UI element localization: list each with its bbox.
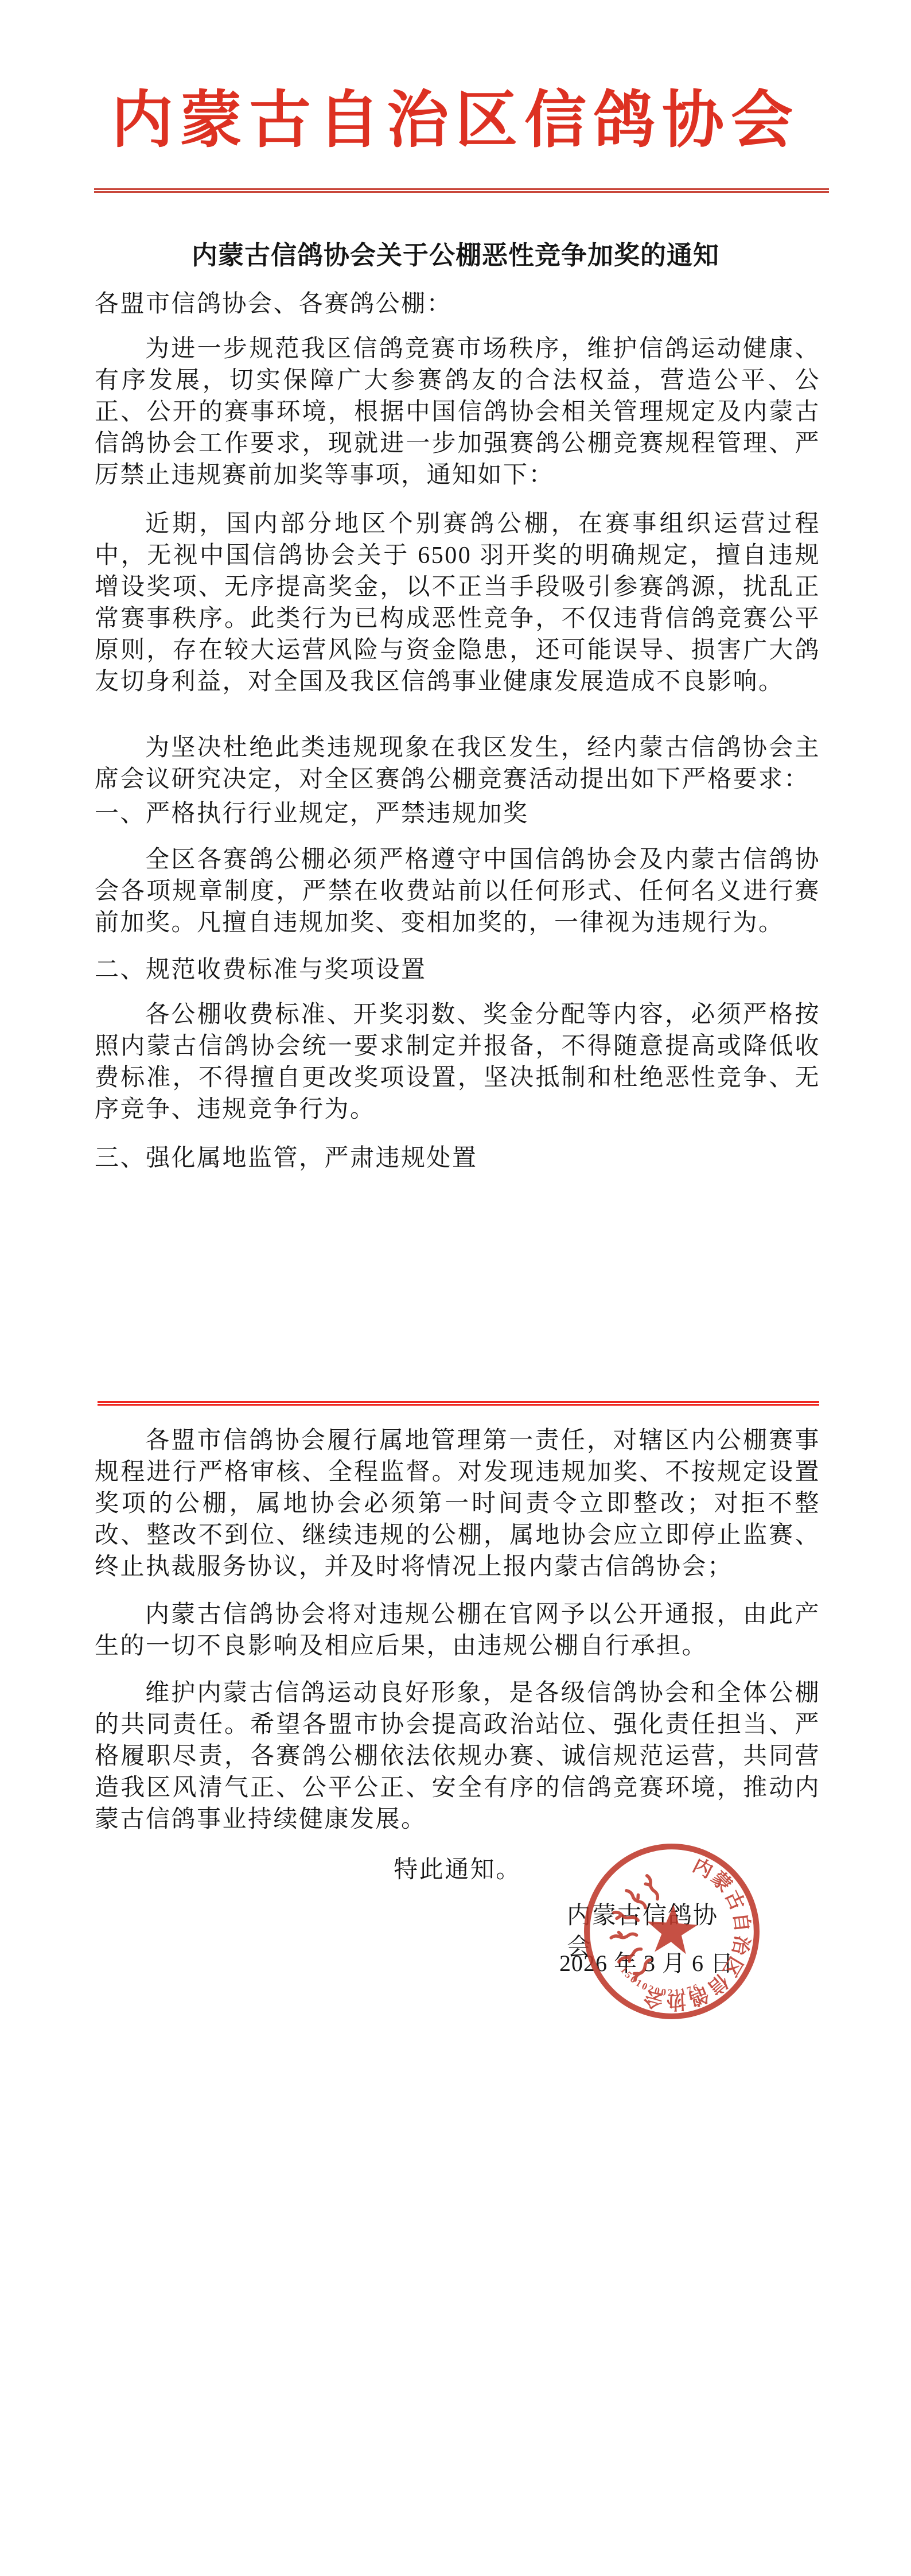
section-2-heading: 二、规范收费标准与奖项设置: [95, 955, 820, 986]
section-3-paragraph-1: 各盟市信鸽协会履行属地管理第一责任，对辖区内公棚赛事规程进行严格审核、全程监督。…: [95, 1425, 820, 1583]
section-3-heading: 三、强化属地监管，严肃违规处置: [95, 1143, 820, 1174]
star-icon: [645, 1903, 699, 1954]
section-1-paragraph: 全区各赛鸽公棚必须严格遵守中国信鸽协会及内蒙古信鸽协会各项规章制度，严禁在收费站…: [95, 844, 820, 939]
intro-paragraph-3: 为坚决杜绝此类违规现象在我区发生，经内蒙古信鸽协会主席会议研究决定，对全区赛鸽公…: [95, 732, 820, 796]
section-1-heading: 一、严格执行行业规定，严禁违规加奖: [95, 798, 820, 830]
letterhead-divider-rule: [94, 188, 829, 193]
mongolian-script-decoration: [608, 1873, 660, 1983]
document-title: 内蒙古信鸽协会关于公棚恶性竞争加奖的通知: [0, 239, 911, 272]
page-break-divider-rule: [98, 1401, 819, 1406]
intro-paragraph-1: 为进一步规范我区信鸽竞赛市场秩序，维护信鸽运动健康、有序发展，切实保障广大参赛鸽…: [95, 333, 820, 491]
official-seal: 内蒙古自治区信鸽协会 1501020021176: [582, 1841, 762, 2022]
seal-registration-number: 1501020021176: [617, 1964, 703, 2000]
salutation-line: 各盟市信鸽协会、各赛鸽公棚：: [95, 289, 820, 320]
section-3-paragraph-3: 维护内蒙古信鸽运动良好形象，是各级信鸽协会和全体公棚的共同责任。希望各盟市协会提…: [95, 1678, 820, 1836]
section-3-paragraph-2: 内蒙古信鸽协会将对违规公棚在官网予以公开通报，由此产生的一切不良影响及相应后果，…: [95, 1599, 820, 1662]
intro-paragraph-2: 近期，国内部分地区个别赛鸽公棚，在赛事组织运营过程中，无视中国信鸽协会关于 65…: [95, 509, 820, 698]
section-2-paragraph: 各公棚收费标准、开奖羽数、奖金分配等内容，必须严格按照内蒙古信鸽协会统一要求制定…: [95, 999, 820, 1126]
letterhead-title: 内蒙古自治区信鸽协会: [0, 84, 911, 158]
notice-document: 内蒙古自治区信鸽协会 内蒙古信鸽协会关于公棚恶性竞争加奖的通知 各盟市信鸽协会、…: [0, 0, 911, 2576]
